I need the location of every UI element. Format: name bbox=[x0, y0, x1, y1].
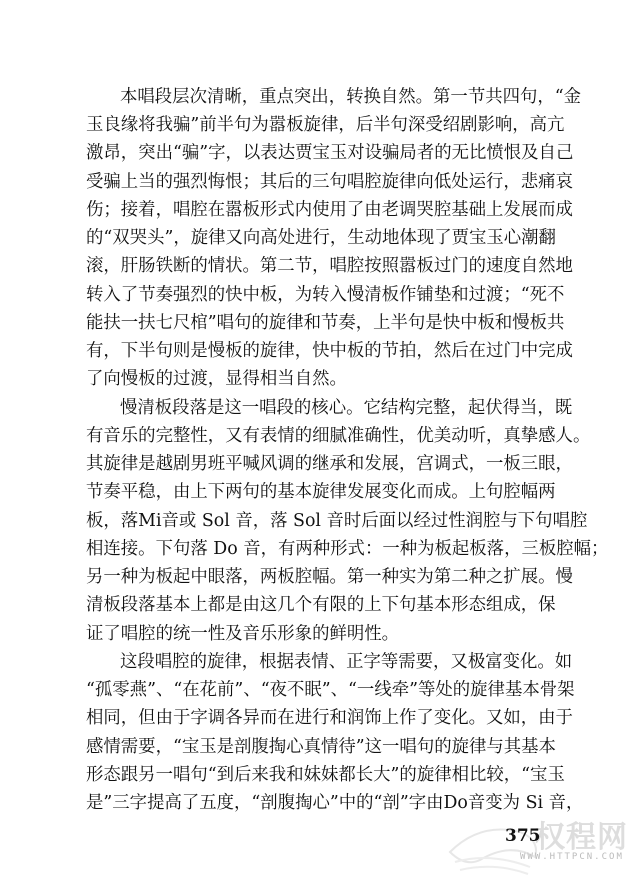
paragraph-1-line-11: 了向慢板的过渡，显得相当自然。 bbox=[86, 367, 546, 391]
paragraph-3-line-3: 相同，但由于字调各异而在进行和润饰上作了变化。又如，由于 bbox=[86, 706, 546, 730]
paragraph-2-line-9: 证了唱腔的统一性及音乐形象的鲜明性。 bbox=[86, 622, 546, 646]
paragraph-1-line-2: 玉良缘将我骗”前半句为嚣板旋律，后半句深受绍剧影响，高亢 bbox=[86, 113, 546, 137]
paragraph-3-line-2: “孤零燕”、“在花前”、“夜不眠”、“一线牵”等处的旋律基本骨架 bbox=[86, 678, 546, 702]
paragraph-1-line-5: 伤；接着，唱腔在嚣板形式内使用了由老调哭腔基础上发展而成 bbox=[86, 198, 546, 222]
document-page: 本唱段层次清晰，重点突出，转换自然。第一节共四句，“金 玉良缘将我骗”前半句为嚣… bbox=[0, 0, 630, 880]
paragraph-1-line-4: 受骗上当的强烈悔恨；其后的三句唱腔旋律向低处运行，悲痛哀 bbox=[86, 170, 546, 194]
watermark-brand: 权程网 bbox=[535, 812, 628, 856]
watermark-url: WWW.HTTPCN.COM bbox=[520, 852, 624, 862]
paragraph-3-line-5: 形态跟另一唱句“到后来我和妹妹都长大”的旋律相比较，“宝玉 bbox=[86, 763, 546, 787]
page-number: 375 bbox=[505, 826, 541, 846]
paragraph-2-line-3: 其旋律是越剧男班平喊风调的继承和发展，宫调式，一板三眼， bbox=[86, 452, 546, 476]
paragraph-2-line-1: 慢清板段落是这一唱段的核心。它结构完整，起伏得当，既 bbox=[120, 396, 546, 420]
paragraph-2-line-5: 板，落Mi音或 Sol 音，落 Sol 音时后面以经过性润腔与下句唱腔 bbox=[86, 509, 546, 533]
paragraph-1-line-8: 转入了节奏强烈的快中板，为转入慢清板作铺垫和过渡；“死不 bbox=[86, 283, 546, 307]
paragraph-1-line-7: 滚，肝肠铁断的情状。第二节，唱腔按照嚣板过门的速度自然地 bbox=[86, 254, 546, 278]
paragraph-1-line-10: 有，下半句则是慢板的旋律，快中板的节拍，然后在过门中完成 bbox=[86, 339, 546, 363]
paragraph-3-line-1: 这段唱腔的旋律，根据表情、正字等需要，又极富变化。如 bbox=[120, 650, 546, 674]
paragraph-1-line-6: 的“双哭头”，旋律又向高处进行，生动地体现了贾宝玉心潮翻 bbox=[86, 226, 546, 250]
paragraph-1-line-3: 激昂，突出“骗”字，以表达贾宝玉对设骗局者的无比愤恨及自己 bbox=[86, 141, 546, 165]
paragraph-1-line-1: 本唱段层次清晰，重点突出，转换自然。第一节共四句，“金 bbox=[120, 85, 546, 109]
paragraph-2-line-2: 有音乐的完整性，又有表情的细腻准确性，优美动听，真挚感人。 bbox=[86, 424, 546, 448]
paragraph-2-line-6: 相连接。下句落 Do 音，有两种形式：一种为板起板落，三板腔幅； bbox=[86, 537, 546, 561]
paragraph-1-line-9: 能扶一扶七尺棺”唱句的旋律和节奏，上半句是快中板和慢板共 bbox=[86, 311, 546, 335]
paragraph-2-line-4: 节奏平稳，由上下两句的基本旋律发展变化而成。上句腔幅两 bbox=[86, 480, 546, 504]
paragraph-3-line-4: 感情需要，“宝玉是剖腹掏心真情待”这一唱句的旋律与其基本 bbox=[86, 735, 546, 759]
paragraph-2-line-8: 清板段落基本上都是由这几个有限的上下句基本形态组成，保 bbox=[86, 593, 546, 617]
paragraph-2-line-7: 另一种为板起中眼落，两板腔幅。第一种实为第二种之扩展。慢 bbox=[86, 565, 546, 589]
